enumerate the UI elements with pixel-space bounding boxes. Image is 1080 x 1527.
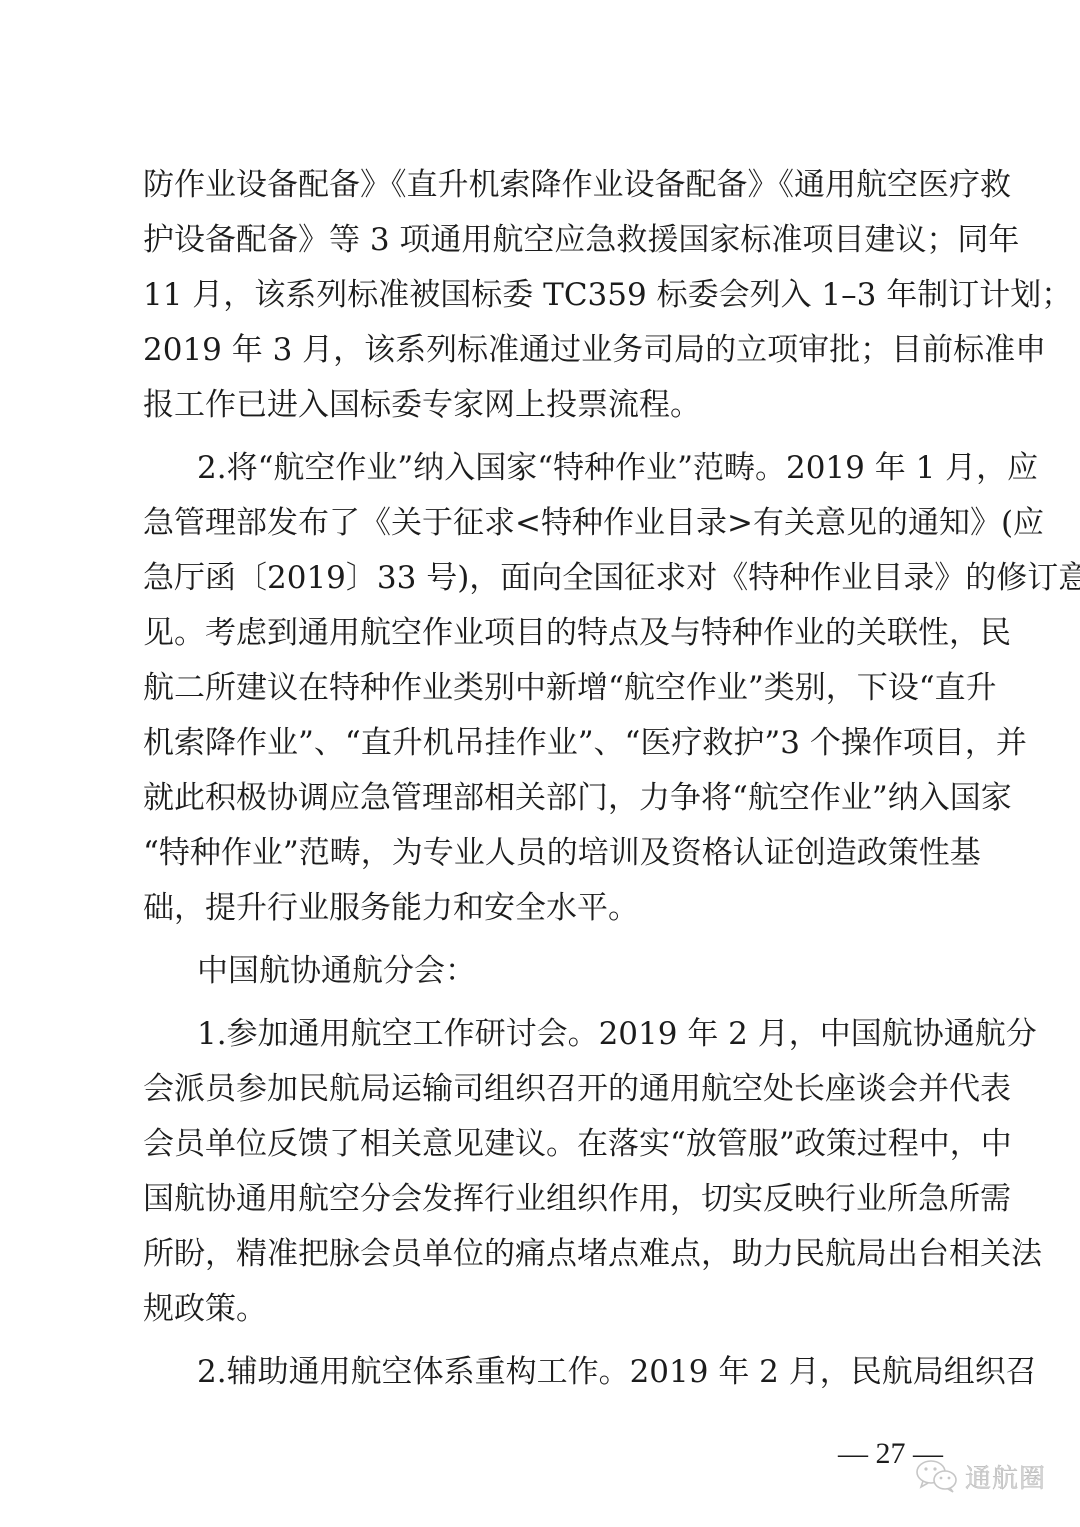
text-line-18: 会员单位反馈了相关意见建议。在落实“放管服”政策过程中，中: [143, 1124, 940, 1164]
wechat-icon: [915, 1459, 959, 1493]
section-heading-general-aviation-branch: 中国航协通航分会：: [197, 951, 940, 991]
text-line-5: 报工作已进入国标委专家网上投票流程。: [143, 385, 940, 425]
paragraph-heading-aviation-operations: 2.将“航空作业”纳入国家“特种作业”范畴。2019 年 1 月，应: [197, 448, 940, 488]
text-line-1: 防作业设备配备》《直升机索降作业设备配备》《通用航空医疗救: [143, 165, 940, 205]
text-line-20: 所盼，精准把脉会员单位的痛点堵点难点，助力民航局出台相关法: [143, 1234, 940, 1274]
text-line-19: 国航协通用航空分会发挥行业组织作用，切实反映行业所急所需: [143, 1179, 940, 1219]
text-line-7: 急管理部发布了《关于征求<特种作业目录>有关意见的通知》(应: [143, 503, 940, 543]
text-line-21: 规政策。: [143, 1289, 940, 1329]
paragraph-heading-seminar: 1.参加通用航空工作研讨会。2019 年 2 月，中国航协通航分: [197, 1014, 940, 1054]
text-line-10: 航二所建议在特种作业类别中新增“航空作业”类别，下设“直升: [143, 668, 940, 708]
text-line-9: 见。考虑到通用航空作业项目的特点及与特种作业的关联性，民: [143, 613, 940, 653]
document-page: 防作业设备配备》《直升机索降作业设备配备》《通用航空医疗救 护设备配备》等 3 …: [0, 0, 1080, 1527]
text-line-2: 护设备配备》等 3 项通用航空应急救援国家标准项目建议；同年: [143, 220, 940, 260]
text-line-17: 会派员参加民航局运输司组织召开的通用航空处长座谈会并代表: [143, 1069, 940, 1109]
text-line-13: “特种作业”范畴，为专业人员的培训及资格认证创造政策性基: [143, 833, 940, 873]
text-line-14: 础，提升行业服务能力和安全水平。: [143, 888, 940, 928]
text-line-3: 11 月，该系列标准被国标委 TC359 标委会列入 1–3 年制订计划；: [143, 275, 940, 315]
text-line-4: 2019 年 3 月，该系列标准通过业务司局的立项审批；目前标准申: [143, 330, 940, 370]
text-line-12: 就此积极协调应急管理部相关部门，力争将“航空作业”纳入国家: [143, 778, 940, 818]
watermark-text: 通航圈: [965, 1458, 1046, 1495]
watermark: 通航圈: [915, 1456, 1046, 1496]
text-line-11: 机索降作业”、“直升机吊挂作业”、“医疗救护”3 个操作项目，并: [143, 723, 940, 763]
text-line-8: 急厅函〔2019〕33 号)，面向全国征求对《特种作业目录》的修订意: [143, 558, 940, 598]
paragraph-heading-system-restructuring: 2.辅助通用航空体系重构工作。2019 年 2 月，民航局组织召: [197, 1352, 940, 1392]
